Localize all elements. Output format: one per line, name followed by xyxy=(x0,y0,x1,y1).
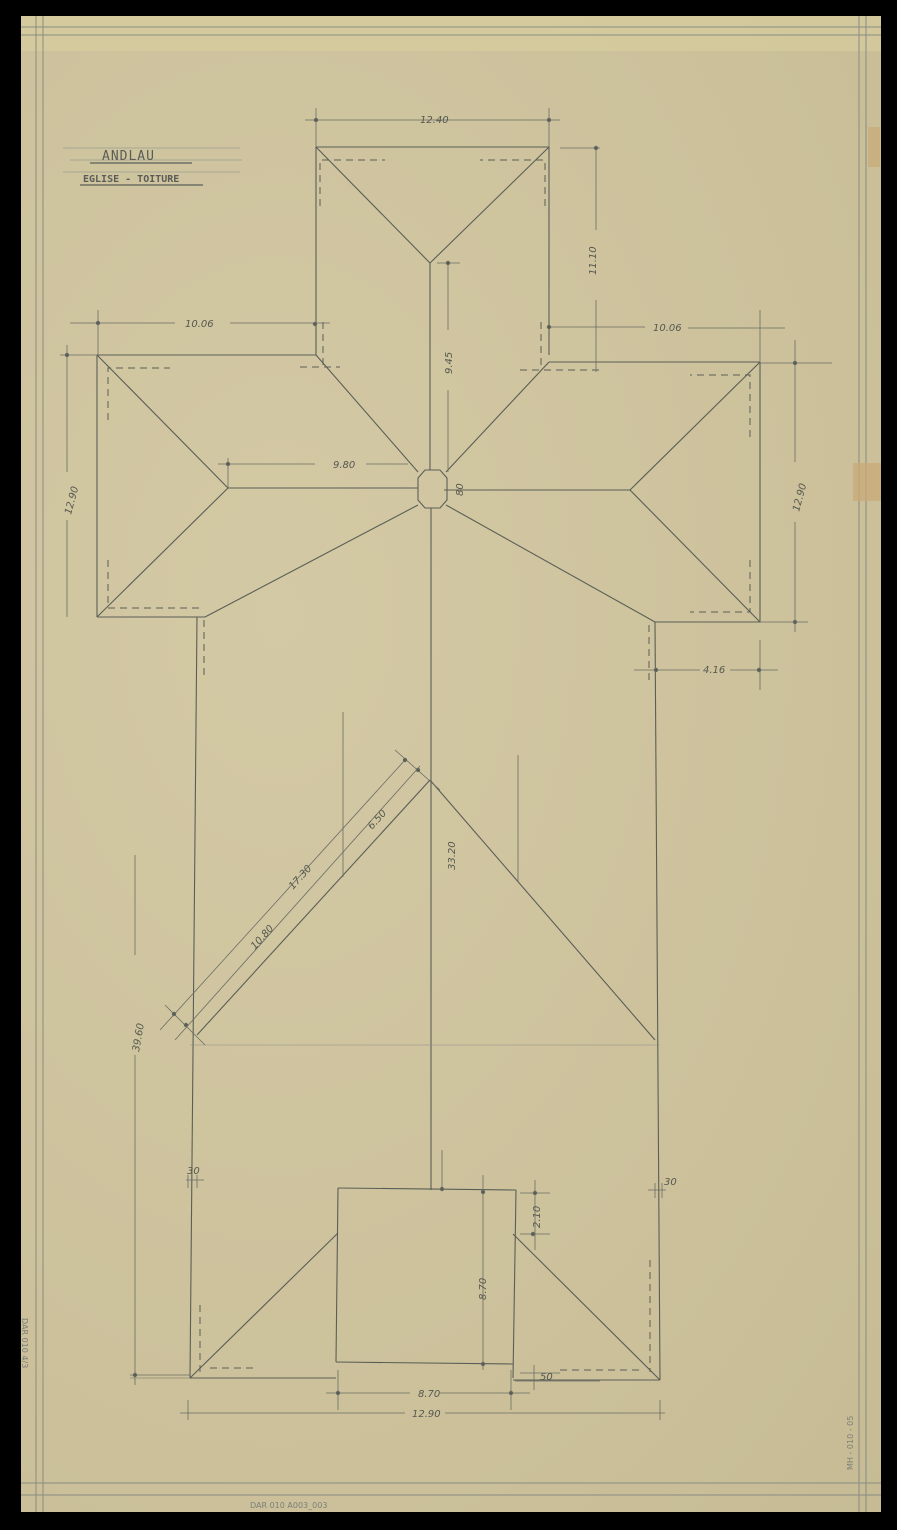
roof-plan-drawing: ANDLAU EGLISE - TOITURE xyxy=(0,0,897,1530)
dim-right-transept: 10.06 xyxy=(653,323,682,334)
dim-right-offset: 4.16 xyxy=(703,665,725,676)
dim-right-transept-height: 12.90 xyxy=(791,482,809,513)
dim-porch-width: 8.70 xyxy=(418,1389,440,1400)
dim-nave-diag-total: 17.30 xyxy=(287,863,314,892)
dim-choir-depth: 11.10 xyxy=(588,246,599,275)
dimension-lines xyxy=(60,108,832,1420)
tape-piece xyxy=(868,127,880,167)
dim-tower-axis: 9.45 xyxy=(444,352,455,374)
dim-porch-depth: 8.70 xyxy=(478,1278,489,1300)
dim-nave-length: 33.20 xyxy=(447,841,458,870)
dim-west-width: 12.90 xyxy=(412,1409,441,1420)
stamp-right-margin: MH - 010 - 05 xyxy=(846,1416,855,1470)
dim-left-total-height: 39.60 xyxy=(131,1022,147,1052)
tape-piece xyxy=(853,463,881,501)
dim-tower-hex: 80 xyxy=(455,483,466,496)
sheet-border xyxy=(21,16,881,1512)
dim-right-wall-small: 30 xyxy=(664,1177,677,1188)
drawing-title: ANDLAU xyxy=(102,149,155,164)
dim-left-transept-height: 12.90 xyxy=(63,485,81,516)
stamp-left-margin: DAR 010 4/3 xyxy=(20,1318,29,1368)
dim-porch-eave: 50 xyxy=(540,1372,553,1383)
title-block: ANDLAU EGLISE - TOITURE xyxy=(63,148,242,185)
stamp-bottom: DAR 010 A003_003 xyxy=(250,1501,327,1510)
drawing-subtitle: EGLISE - TOITURE xyxy=(83,174,179,185)
dim-porch-offset: 2.10 xyxy=(532,1206,543,1228)
dim-top-width: 12.40 xyxy=(420,115,449,126)
dim-crossing-offset: 9.80 xyxy=(333,460,355,471)
dim-left-wall-small: 30 xyxy=(187,1166,200,1177)
dimension-labels: 12.40 11.10 10.06 10.06 12.90 12.90 9.80… xyxy=(63,115,809,1420)
dim-left-transept: 10.06 xyxy=(185,319,214,330)
